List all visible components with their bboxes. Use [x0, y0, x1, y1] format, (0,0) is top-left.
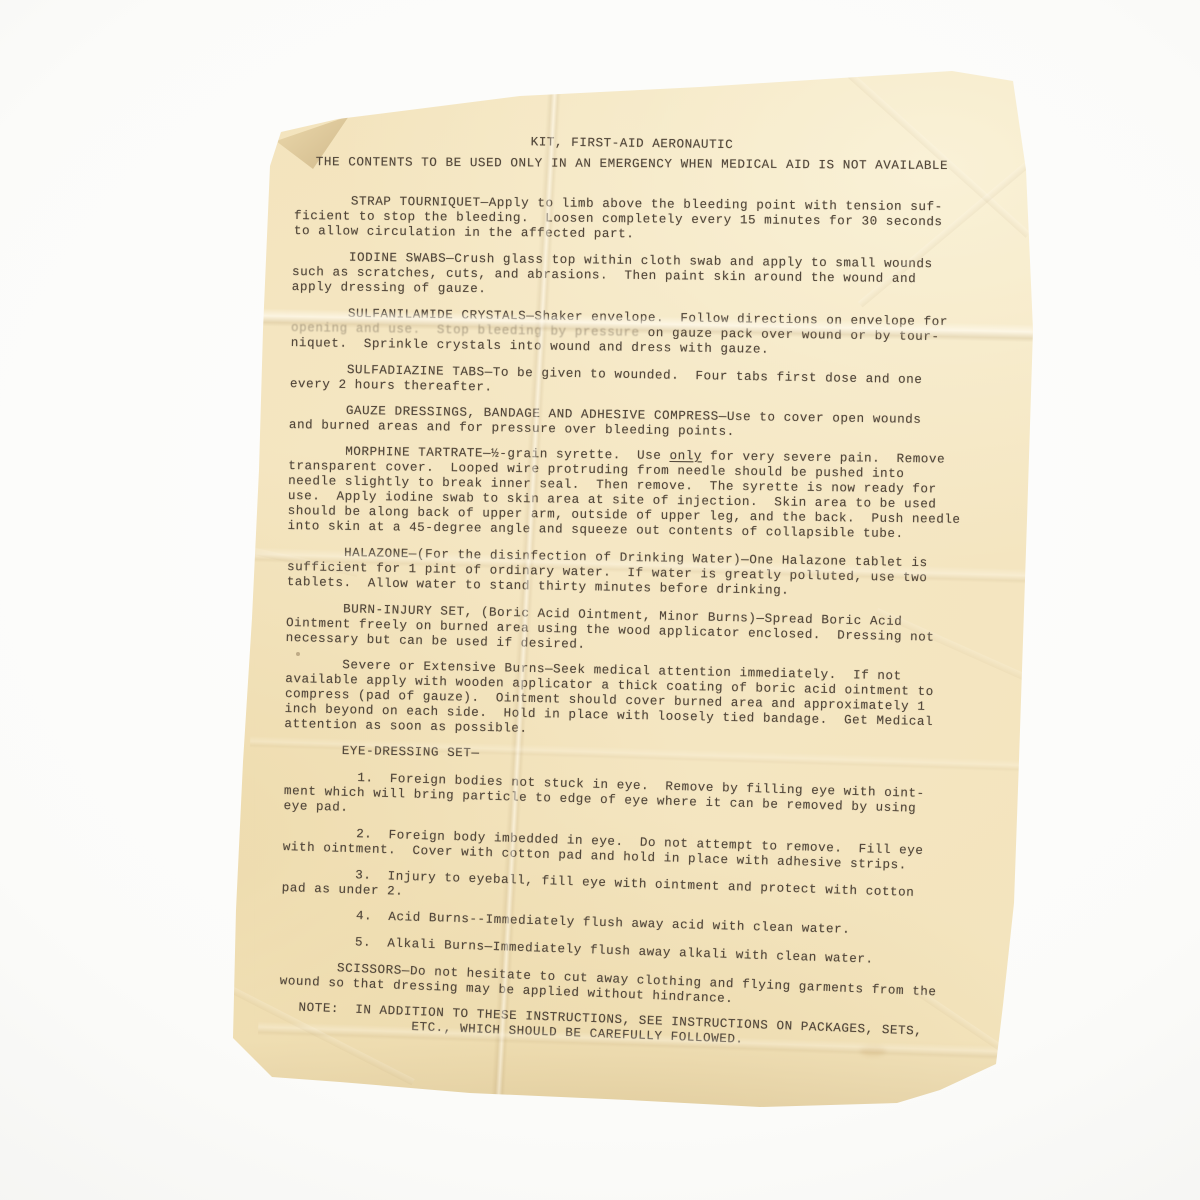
document-warning-line: THE CONTENTS TO BE USED ONLY IN AN EMERG…: [294, 155, 970, 174]
section-severe-burns: Severe or Extensive Burns—Seek medical a…: [284, 657, 961, 746]
paper-speck: [242, 566, 249, 575]
section-eye-dressing-set: EYE-DRESSING SET—: [285, 743, 961, 770]
photo-backdrop: KIT, FIRST-AID AERONAUTIC THE CONTENTS T…: [0, 0, 1200, 1200]
eye-item-2: 2. Foreign body imbedded in eye. Do not …: [283, 825, 960, 875]
text-line: THE CONTENTS TO BE USED ONLY IN AN EMERG…: [294, 155, 970, 174]
document-paper: KIT, FIRST-AID AERONAUTIC THE CONTENTS T…: [0, 0, 1200, 1200]
section-sulfadiazine-tabs: SULFADIAZINE TABS—To be given to wounded…: [290, 362, 966, 404]
section-strap-tourniquet: STRAP TOURNIQUET—Apply to limb above the…: [294, 194, 970, 245]
section-iodine-swabs: IODINE SWABS—Crush glass top within clot…: [292, 250, 968, 303]
text-line: EYE-DRESSING SET—: [285, 743, 961, 770]
section-gauze-dressings: GAUZE DRESSINGS, BANDAGE AND ADHESIVE CO…: [289, 403, 965, 444]
eye-item-1: 1. Foreign bodies not stuck in eye. Remo…: [283, 769, 960, 833]
section-burn-injury-set: BURN-INJURY SET, (Boric Acid Ointment, M…: [285, 601, 962, 661]
section-halazone: HALAZONE—(For the disinfection of Drinki…: [287, 545, 964, 602]
section-sulfanilamide-crystals: SULFANILAMIDE CRYSTALS—Shaker envelope. …: [291, 306, 968, 360]
section-morphine-tartrate: MORPHINE TARTRATE—½-grain syrette. Use o…: [287, 444, 964, 543]
underlined-word-only: only: [669, 449, 702, 463]
document-text: KIT, FIRST-AID AERONAUTIC THE CONTENTS T…: [294, 132, 970, 1041]
document-title: KIT, FIRST-AID AERONAUTIC: [294, 132, 970, 156]
text-line: KIT, FIRST-AID AERONAUTIC: [294, 132, 970, 156]
